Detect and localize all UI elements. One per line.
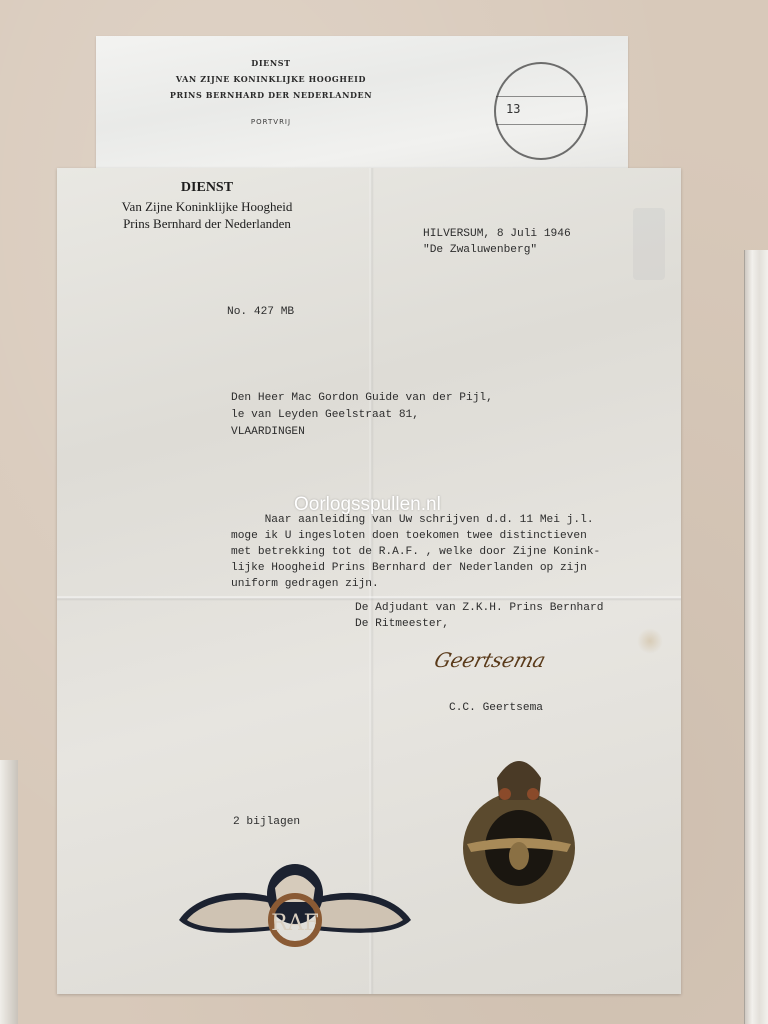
- envelope-heading-line2: PRINS BERNHARD DER NEDERLANDEN: [96, 90, 446, 100]
- postmark-stamp: 13: [494, 62, 588, 160]
- letterhead-title: DIENST: [57, 180, 357, 196]
- body-line: Naar aanleiding van Uw schrijven d.d. 11…: [231, 512, 594, 529]
- body-line: uniform gedragen zijn.: [231, 576, 379, 593]
- frame-edge-right: [744, 250, 768, 1024]
- envelope-heading-title: DIENST: [96, 58, 446, 68]
- closing-line: De Ritmeester,: [355, 616, 449, 633]
- signature: Geertsema: [432, 648, 549, 672]
- stain: [637, 628, 663, 654]
- envelope-postage-note: PORTVRIJ: [96, 118, 446, 126]
- svg-text:RAF: RAF: [271, 911, 319, 936]
- addressee-line: Den Heer Mac Gordon Guide van der Pijl,: [231, 390, 493, 407]
- body-line: moge ik U ingesloten doen toekomen twee …: [231, 528, 587, 545]
- postmark-day: 13: [506, 102, 520, 116]
- letter: DIENST Van Zijne Koninklijke Hoogheid Pr…: [57, 168, 681, 994]
- letterhead-line2: Prins Bernhard der Nederlanden: [57, 216, 357, 232]
- place-date: HILVERSUM, 8 Juli 1946: [423, 226, 571, 243]
- signatory-name: C.C. Geertsema: [449, 700, 543, 717]
- body-line: lijke Hoogheid Prins Bernhard der Nederl…: [231, 560, 587, 577]
- raf-wings-badge: RAF: [175, 858, 415, 948]
- addressee-line: le van Leyden Geelstraat 81,: [231, 407, 419, 424]
- air-officer-cap-badge: [459, 748, 579, 908]
- tape-mark: [633, 208, 665, 280]
- envelope: DIENST VAN ZIJNE KONINKLIJKE HOOGHEID PR…: [96, 36, 628, 176]
- envelope-heading-line1: VAN ZIJNE KONINKLIJKE HOOGHEID: [96, 74, 446, 84]
- addressee-line: VLAARDINGEN: [231, 424, 305, 441]
- letterhead-line1: Van Zijne Koninklijke Hoogheid: [57, 199, 357, 215]
- enclosures-note: 2 bijlagen: [233, 814, 300, 831]
- reference-number: No. 427 MB: [227, 304, 294, 321]
- frame-edge-left: [0, 760, 18, 1024]
- residence: "De Zwaluwenberg": [423, 242, 537, 259]
- closing-line: De Adjudant van Z.K.H. Prins Bernhard: [355, 600, 603, 617]
- body-line: met betrekking tot de R.A.F. , welke doo…: [231, 544, 600, 561]
